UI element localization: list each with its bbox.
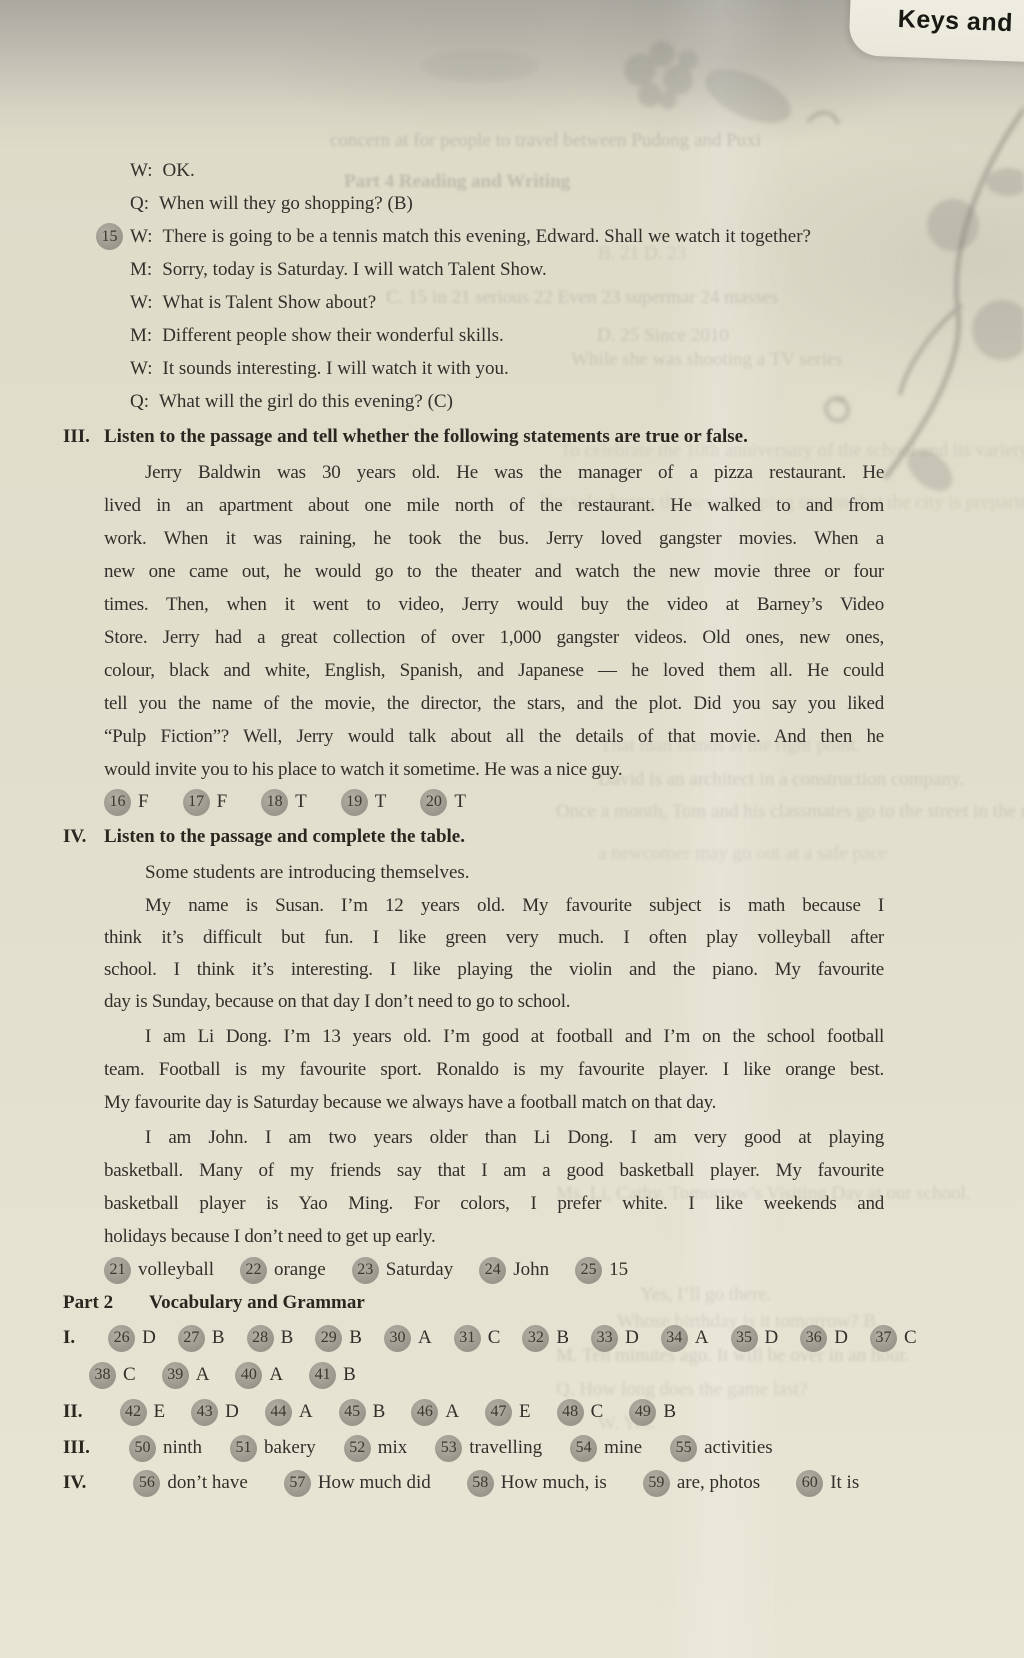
- answer-item: 20T: [420, 789, 466, 816]
- part2-heading: Part 2Vocabulary and Grammar: [63, 1286, 365, 1319]
- passage-line: Jerry Baldwin was 30 years old. He was t…: [104, 456, 884, 489]
- answer-item: 53travelling: [435, 1435, 542, 1462]
- passage-line: holidays because I don’t need to get up …: [104, 1220, 884, 1253]
- answer-value: T: [375, 791, 387, 813]
- answer-number-badge: 29: [315, 1325, 342, 1352]
- answer-number-badge: 24: [479, 1257, 506, 1284]
- answer-value: D: [834, 1327, 848, 1349]
- answer-number-badge: 50: [129, 1435, 156, 1462]
- dialogue-text: Different people show their wonderful sk…: [162, 325, 504, 346]
- dialogue-line: Q:When will they go shopping? (B): [130, 187, 910, 220]
- answer-value: B: [373, 1401, 386, 1423]
- answers-42-49: II. 42E 43D 44A 45B 46A 47E: [63, 1397, 676, 1427]
- answer-value: A: [269, 1364, 283, 1386]
- answer-number-badge: 25: [575, 1257, 602, 1284]
- dialogue-text: There is going to be a tennis match this…: [163, 226, 811, 247]
- answer-item: 49B: [629, 1399, 676, 1426]
- answer-number-badge: 17: [183, 789, 210, 816]
- answer-number-badge: 23: [352, 1257, 379, 1284]
- passage-line: My name is Susan. I’m 12 years old. My f…: [104, 890, 884, 922]
- section-iv-heading: IV.Listen to the passage and complete th…: [63, 820, 465, 853]
- answer-item: 51bakery: [230, 1435, 316, 1462]
- answer-item: 45B: [339, 1399, 386, 1426]
- answer-value: E: [519, 1401, 531, 1423]
- answer-item: 46A: [411, 1399, 459, 1426]
- scanned-answer-key-page: concern at for people to travel between …: [0, 0, 1024, 1658]
- dialogue-line: 15 W:There is going to be a tennis match…: [130, 220, 910, 253]
- answer-number-badge: 30: [384, 1325, 411, 1352]
- answer-value: How much did: [318, 1472, 431, 1494]
- answer-item: 17F: [183, 789, 228, 816]
- answer-value: F: [138, 791, 149, 813]
- answer-value: mix: [378, 1437, 408, 1459]
- ghost-text: Yes, I’ll go there.: [640, 1284, 772, 1306]
- answer-number-badge: 56: [133, 1470, 160, 1497]
- answer-value: B: [281, 1327, 294, 1349]
- answer-value: D: [142, 1327, 156, 1349]
- answer-number-badge: 34: [661, 1325, 688, 1352]
- answer-value: D: [225, 1401, 239, 1423]
- speaker-label: Q:: [130, 385, 149, 418]
- answer-number-badge: 52: [344, 1435, 371, 1462]
- answer-item: 33D: [591, 1325, 639, 1352]
- exercise-numeral: I.: [63, 1327, 75, 1349]
- answer-value: D: [765, 1327, 779, 1349]
- answer-number-badge: 41: [309, 1362, 336, 1389]
- answer-item: 58How much, is: [467, 1470, 607, 1497]
- ghost-text: Once a month, Tom and his classmates go …: [556, 801, 1024, 823]
- answer-value: A: [445, 1401, 459, 1423]
- answer-number-badge: 27: [178, 1325, 205, 1352]
- answer-item: 32B: [522, 1325, 569, 1352]
- dialogue-line: M:Sorry, today is Saturday. I will watch…: [130, 253, 910, 286]
- answer-number-badge: 35: [731, 1325, 758, 1352]
- answer-value: D: [625, 1327, 639, 1349]
- passage-line: lived in an apartment about one mile nor…: [104, 489, 884, 522]
- speaker-label: W:: [130, 220, 153, 253]
- answer-item: 59are, photos: [643, 1470, 760, 1497]
- answer-value: B: [343, 1364, 356, 1386]
- answer-number-badge: 39: [162, 1362, 189, 1389]
- passage-line: colour, black and white, English, Spanis…: [104, 654, 884, 687]
- answer-item: 22orange: [240, 1257, 326, 1284]
- answer-number-badge: 31: [454, 1325, 481, 1352]
- answer-number-badge: 49: [629, 1399, 656, 1426]
- answer-item: 52mix: [344, 1435, 408, 1462]
- answer-value: C: [904, 1327, 917, 1349]
- answer-item: 44A: [265, 1399, 313, 1426]
- exercise-numeral: III.: [63, 1437, 90, 1459]
- dialogue-line: W:It sounds interesting. I will watch it…: [130, 352, 910, 385]
- answer-item: 36D: [800, 1325, 848, 1352]
- answer-value: A: [196, 1364, 210, 1386]
- answer-item: 47E: [485, 1399, 531, 1426]
- answer-number-badge: 57: [284, 1470, 311, 1497]
- passage-line: Store. Jerry had a great collection of o…: [104, 621, 884, 654]
- dialogue-text: What will the girl do this evening? (C): [159, 391, 453, 412]
- answer-value: T: [454, 791, 466, 813]
- answer-value: mine: [604, 1437, 642, 1459]
- answer-number-badge: 54: [570, 1435, 597, 1462]
- passage-line: work. When it was raining, he took the b…: [104, 522, 884, 555]
- section-title: Listen to the passage and tell whether t…: [104, 426, 748, 447]
- answer-item: 42E: [120, 1399, 166, 1426]
- passage-line: I am John. I am two years older than Li …: [104, 1121, 884, 1154]
- answer-number-badge: 28: [247, 1325, 274, 1352]
- answers-21-25: 21volleyball 22orange 23Saturday 24John …: [104, 1255, 628, 1285]
- answer-number-badge: 18: [261, 789, 288, 816]
- answer-number-badge: 22: [240, 1257, 267, 1284]
- dialogue-text: What is Talent Show about?: [163, 292, 377, 313]
- answer-item: 26D: [108, 1325, 156, 1352]
- answer-value: C: [591, 1401, 604, 1423]
- passage-line: school. I think it’s interesting. I like…: [104, 954, 884, 986]
- speaker-label: M:: [130, 319, 152, 352]
- answer-value: B: [212, 1327, 225, 1349]
- passage-line: think it’s difficult but fun. I like gre…: [104, 922, 884, 954]
- answer-number-badge: 36: [800, 1325, 827, 1352]
- answer-item: 55activities: [670, 1435, 773, 1462]
- passage-line: basketball player is Yao Ming. For color…: [104, 1187, 884, 1220]
- answer-value: B: [663, 1401, 676, 1423]
- section-numeral: III.: [63, 420, 104, 453]
- speaker-label: M:: [130, 253, 152, 286]
- answer-value: activities: [704, 1437, 773, 1459]
- listening-dialogue: W:OK. Q:When will they go shopping? (B) …: [130, 154, 910, 418]
- answer-value: B: [349, 1327, 362, 1349]
- answer-number-badge: 42: [120, 1399, 147, 1426]
- answer-value: A: [418, 1327, 432, 1349]
- passage-line: day is Sunday, because on that day I don…: [104, 986, 884, 1018]
- speaker-label: W:: [130, 352, 153, 385]
- answer-number-badge: 16: [104, 789, 131, 816]
- answer-value: How much, is: [501, 1472, 607, 1494]
- answer-number-badge: 53: [435, 1435, 462, 1462]
- answer-number-badge: 45: [339, 1399, 366, 1426]
- dialogue-text: It sounds interesting. I will watch it w…: [163, 358, 509, 379]
- ghost-text: concern at for people to travel between …: [330, 130, 761, 152]
- answer-item: 2515: [575, 1257, 628, 1284]
- answer-number-badge: 48: [557, 1399, 584, 1426]
- answer-item: 21volleyball: [104, 1257, 214, 1284]
- passage-line: times. Then, when it went to video, Jerr…: [104, 588, 884, 621]
- answer-number-badge: 43: [191, 1399, 218, 1426]
- question-number-badge: 15: [96, 223, 123, 250]
- answer-item: 54mine: [570, 1435, 642, 1462]
- answer-value: It is: [830, 1472, 859, 1494]
- answer-value: orange: [274, 1259, 326, 1281]
- answer-item: 50ninth: [129, 1435, 202, 1462]
- speaker-label: W:: [130, 286, 153, 319]
- exercise-numeral: II.: [63, 1401, 83, 1423]
- answer-item: 41B: [309, 1362, 356, 1389]
- ghost-text: a newcomer may go out at a safe pace: [598, 843, 887, 865]
- answers-16-20: 16F 17F 18T 19T 20T: [104, 787, 466, 817]
- answer-number-badge: 51: [230, 1435, 257, 1462]
- answer-item: 19T: [341, 789, 387, 816]
- answer-item: 39A: [162, 1362, 210, 1389]
- passage-line: tell you the name of the movie, the dire…: [104, 687, 884, 720]
- passage-line: “Pulp Fiction”? Well, Jerry would talk a…: [104, 720, 884, 753]
- answer-item: 34A: [661, 1325, 709, 1352]
- answer-item: 24John: [479, 1257, 549, 1284]
- answer-item: 48C: [557, 1399, 604, 1426]
- answer-item: 57How much did: [284, 1470, 431, 1497]
- answer-value: C: [123, 1364, 136, 1386]
- answer-number-badge: 40: [235, 1362, 262, 1389]
- answer-item: 18T: [261, 789, 307, 816]
- answer-value: 15: [609, 1259, 628, 1281]
- dialogue-line: Q:What will the girl do this evening? (C…: [130, 385, 910, 418]
- passage-line: team. Football is my favourite sport. Ro…: [104, 1053, 884, 1086]
- answer-item: 40A: [235, 1362, 283, 1389]
- answer-value: Saturday: [386, 1259, 454, 1281]
- passage-line: My favourite day is Saturday because we …: [104, 1086, 884, 1119]
- speaker-label: W:: [130, 154, 153, 187]
- answer-value: A: [299, 1401, 313, 1423]
- answer-item: 16F: [104, 789, 149, 816]
- answers-38-41: 38C 39A 40A 41B: [89, 1360, 356, 1390]
- answer-number-badge: 46: [411, 1399, 438, 1426]
- answer-value: don’t have: [167, 1472, 247, 1494]
- answers-50-55: III. 50ninth 51bakery 52mix 53travelling…: [63, 1433, 773, 1463]
- answer-value: are, photos: [677, 1472, 760, 1494]
- answer-number-badge: 58: [467, 1470, 494, 1497]
- answer-item: 27B: [178, 1325, 225, 1352]
- speaker-label: Q:: [130, 187, 149, 220]
- answer-item: 30A: [384, 1325, 432, 1352]
- answer-value: F: [217, 791, 228, 813]
- part2-title: Vocabulary and Grammar: [149, 1292, 365, 1313]
- answer-value: A: [695, 1327, 709, 1349]
- answer-number-badge: 60: [796, 1470, 823, 1497]
- passage-line: basketball. Many of my friends say that …: [104, 1154, 884, 1187]
- passage-line: I am Li Dong. I’m 13 years old. I’m good…: [104, 1020, 884, 1053]
- answers-56-60: IV. 56don’t have 57How much did 58How mu…: [63, 1468, 859, 1498]
- answer-number-badge: 47: [485, 1399, 512, 1426]
- dialogue-line: W:What is Talent Show about?: [130, 286, 910, 319]
- dialogue-text: OK.: [163, 160, 195, 181]
- answer-item: 43D: [191, 1399, 239, 1426]
- answer-item: 28B: [247, 1325, 294, 1352]
- answer-value: travelling: [469, 1437, 542, 1459]
- answer-number-badge: 44: [265, 1399, 292, 1426]
- dialogue-text: Sorry, today is Saturday. I will watch T…: [162, 259, 547, 280]
- answer-number-badge: 55: [670, 1435, 697, 1462]
- page-corner-tab: Keys and: [848, 0, 1024, 65]
- susan-paragraph: My name is Susan. I’m 12 years old. My f…: [104, 890, 884, 1018]
- answer-number-badge: 33: [591, 1325, 618, 1352]
- answer-number-badge: 26: [108, 1325, 135, 1352]
- lidong-paragraph: I am Li Dong. I’m 13 years old. I’m good…: [104, 1020, 884, 1119]
- answer-value: E: [154, 1401, 166, 1423]
- answer-item: 37C: [870, 1325, 917, 1352]
- answer-number-badge: 37: [870, 1325, 897, 1352]
- answer-value: C: [488, 1327, 501, 1349]
- answer-item: 38C: [89, 1362, 136, 1389]
- answer-item: 60It is: [796, 1470, 859, 1497]
- section-iii-heading: III.Listen to the passage and tell wheth…: [63, 420, 748, 453]
- answer-value: John: [513, 1259, 549, 1281]
- answer-number-badge: 59: [643, 1470, 670, 1497]
- dialogue-text: When will they go shopping? (B): [159, 193, 413, 214]
- listening-passage: Jerry Baldwin was 30 years old. He was t…: [104, 456, 884, 786]
- answer-item: 29B: [315, 1325, 362, 1352]
- exercise-numeral: IV.: [63, 1472, 86, 1494]
- answer-item: 56don’t have: [133, 1470, 247, 1497]
- answers-26-37: I. 26D 27B 28B 29B 30A 31C: [63, 1323, 917, 1353]
- tab-label: Keys and: [897, 5, 1013, 38]
- section-title: Listen to the passage and complete the t…: [104, 826, 465, 847]
- passage-line: new one came out, he would go to the the…: [104, 555, 884, 588]
- passage-intro: Some students are introducing themselves…: [145, 856, 470, 889]
- answer-value: bakery: [264, 1437, 316, 1459]
- answer-number-badge: 32: [522, 1325, 549, 1352]
- answer-number-badge: 20: [420, 789, 447, 816]
- part2-label: Part 2: [63, 1292, 113, 1313]
- answer-value: B: [556, 1327, 569, 1349]
- answer-value: T: [295, 791, 307, 813]
- john-paragraph: I am John. I am two years older than Li …: [104, 1121, 884, 1253]
- answer-number-badge: 21: [104, 1257, 131, 1284]
- section-numeral: IV.: [63, 820, 104, 853]
- answer-number-badge: 19: [341, 789, 368, 816]
- dialogue-line: M:Different people show their wonderful …: [130, 319, 910, 352]
- answer-item: 31C: [454, 1325, 501, 1352]
- answer-value: ninth: [163, 1437, 202, 1459]
- answer-value: volleyball: [138, 1259, 214, 1281]
- dialogue-line: W:OK.: [130, 154, 910, 187]
- passage-line: would invite you to his place to watch i…: [104, 753, 884, 786]
- answer-item: 35D: [731, 1325, 779, 1352]
- answer-item: 23Saturday: [352, 1257, 454, 1284]
- answer-number-badge: 38: [89, 1362, 116, 1389]
